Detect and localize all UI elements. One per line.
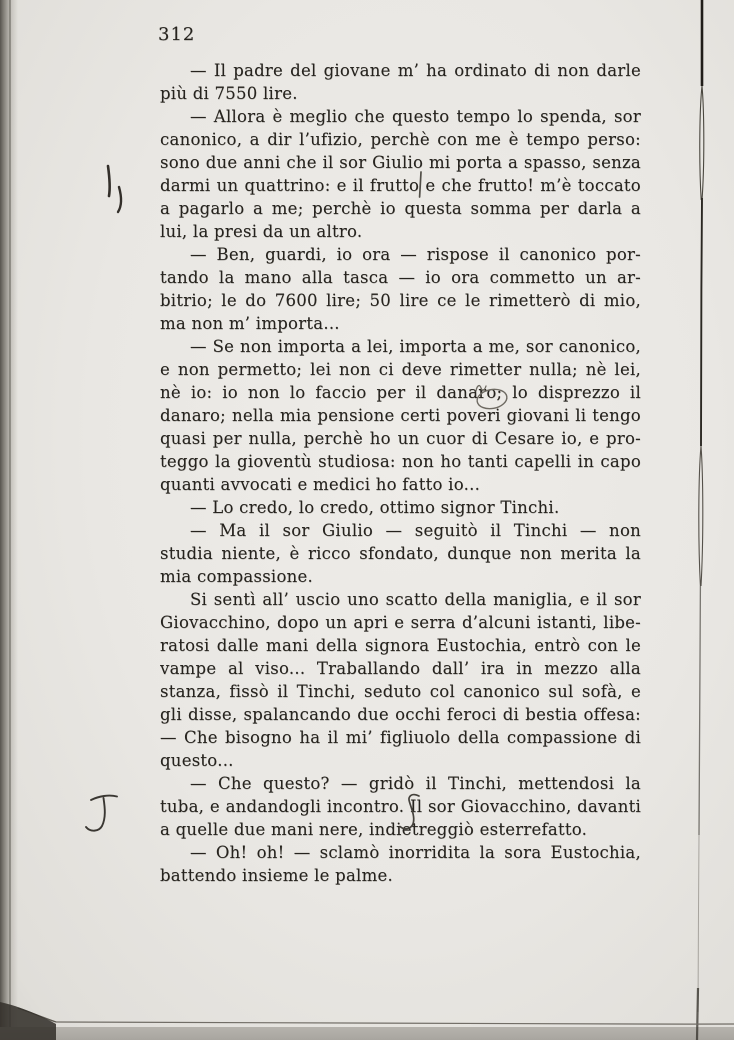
paragraph: — Ma il sor Giulio — seguitò il Tinchi —… xyxy=(160,519,641,588)
text-line: quanti avvocati e medici ho fatto io... xyxy=(160,473,641,496)
paragraph: Si sentì all’ uscio uno scatto della man… xyxy=(160,588,641,772)
text-line: teggo la gioventù studiosa: non ho tanti… xyxy=(160,450,641,473)
paragraph: — Se non importa a lei, importa a me, so… xyxy=(160,335,641,496)
text-line: — Che questo? — gridò il Tinchi, mettend… xyxy=(160,772,641,795)
paragraph: — Il padre del giovane m’ ha ordinato di… xyxy=(160,59,641,105)
text-line: sono due anni che il sor Giulio mi porta… xyxy=(160,151,641,174)
text-line: Si sentì all’ uscio uno scatto della man… xyxy=(160,588,641,611)
text-line: — Allora è meglio che questo tempo lo sp… xyxy=(160,105,641,128)
text-line: tando la mano alla tasca — io ora commet… xyxy=(160,266,641,289)
handwritten-j-mark xyxy=(86,796,117,831)
text-line: bitrio; le do 7600 lire; 50 lire ce le r… xyxy=(160,289,641,312)
text-line: ratosi dalle mani della signora Eustochi… xyxy=(160,634,641,657)
paragraph: — Lo credo, lo credo, ottimo signor Tinc… xyxy=(160,496,641,519)
paragraph: — Oh! oh! — sclamò inorridita la sora Eu… xyxy=(160,841,641,887)
text-line: gli disse, spalancando due occhi feroci … xyxy=(160,703,641,726)
text-line: darmi un quattrino: e il frutto e che fr… xyxy=(160,174,641,197)
text-line: — Il padre del giovane m’ ha ordinato di… xyxy=(160,59,641,82)
text-line: stanza, fissò il Tinchi, seduto col cano… xyxy=(160,680,641,703)
text-line: ma non m’ importa... xyxy=(160,312,641,335)
text-line: a pagarlo a me; perchè io questa somma p… xyxy=(160,197,641,220)
margin-tick-mark-comma xyxy=(118,187,121,212)
left-page-edge-line xyxy=(9,0,11,1030)
text-line: vampe al viso... Traballando dall’ ira i… xyxy=(160,657,641,680)
right-page-edge-line xyxy=(697,0,704,1040)
paragraph: — Allora è meglio che questo tempo lo sp… xyxy=(160,105,641,243)
text-line: — Ben, guardi, io ora — rispose il canon… xyxy=(160,243,641,266)
text-line: Giovacchino, dopo un apri e serra d’alcu… xyxy=(160,611,641,634)
text-line: — Che bisogno ha il mi’ figliuolo della … xyxy=(160,726,641,749)
text-block: — Il padre del giovane m’ ha ordinato di… xyxy=(160,59,641,887)
text-line: tuba, e andandogli incontro. Il sor Giov… xyxy=(160,795,641,818)
text-line: quasi per nulla, perchè ho un cuor di Ce… xyxy=(160,427,641,450)
bottom-scan-strip xyxy=(0,1027,734,1040)
scanned-book-page: 312 — Il padre del giovane m’ ha ordinat… xyxy=(0,0,734,1040)
text-line: questo... xyxy=(160,749,641,772)
text-line: — Lo credo, lo credo, ottimo signor Tinc… xyxy=(160,496,641,519)
paragraph: — Che questo? — gridò il Tinchi, mettend… xyxy=(160,772,641,841)
text-line: studia niente, è ricco sfondato, dunque … xyxy=(160,542,641,565)
text-line: — Se non importa a lei, importa a me, so… xyxy=(160,335,641,358)
page-number: 312 xyxy=(158,24,195,45)
text-line: e non permetto; lei non ci deve rimetter… xyxy=(160,358,641,381)
text-line: a quelle due mani nere, indietreggiò est… xyxy=(160,818,641,841)
text-line: canonico, a dir l’ufizio, perchè con me … xyxy=(160,128,641,151)
margin-tick-mark xyxy=(108,166,110,196)
text-line: lui, la presi da un altro. xyxy=(160,220,641,243)
text-line: — Oh! oh! — sclamò inorridita la sora Eu… xyxy=(160,841,641,864)
text-line: nè io: io non lo faccio per il danaro; l… xyxy=(160,381,641,404)
text-line: mia compassione. xyxy=(160,565,641,588)
text-line: più di 7550 lire. xyxy=(160,82,641,105)
paragraph: — Ben, guardi, io ora — rispose il canon… xyxy=(160,243,641,335)
text-line: battendo insieme le palme. xyxy=(160,864,641,887)
text-line: — Ma il sor Giulio — seguitò il Tinchi —… xyxy=(160,519,641,542)
text-line: danaro; nella mia pensione certi poveri … xyxy=(160,404,641,427)
